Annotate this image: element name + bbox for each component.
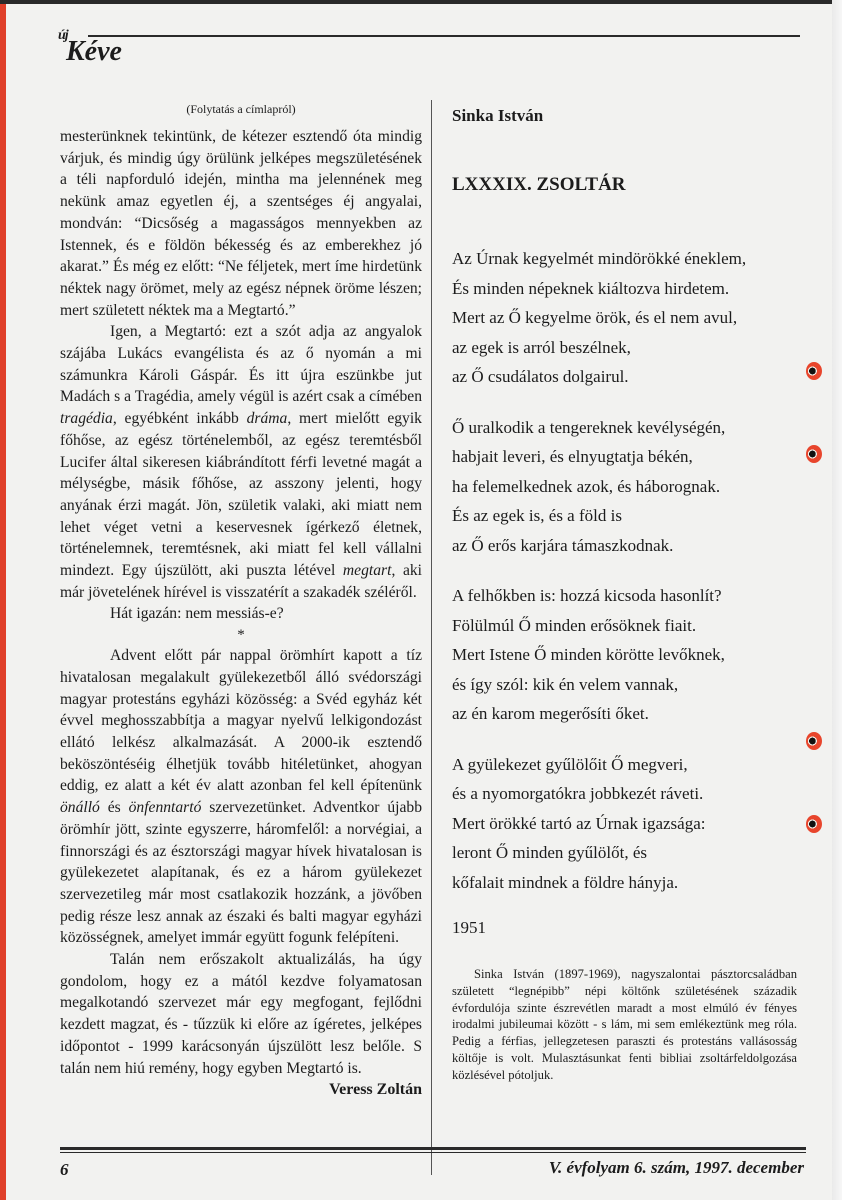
verse-line: Az Úrnak kegyelmét mindörökké éneklem, (452, 244, 797, 274)
masthead: új Kéve (58, 26, 804, 76)
emphasis: dráma (247, 410, 288, 427)
text-run: Advent előtt pár nappal örömhírt kapott … (60, 647, 422, 794)
verse-line: Mert Istene Ő minden körötte levőknek, (452, 640, 797, 670)
article-author: Veress Zoltán (60, 1081, 422, 1099)
article-body: mesterünknek tekintünk, de kétezer eszte… (60, 126, 422, 1079)
text-run: Igen, a Megtartó: ezt a szót adja az ang… (60, 323, 422, 405)
verse-line: az Ő csudálatos dolgairul. (452, 362, 797, 392)
verse-line: kőfalait mindnek a földre hányja. (452, 868, 797, 898)
emphasis: önfenntartó (129, 799, 202, 816)
article-column: (Folytatás a címlapról) mesterünknek tek… (60, 98, 422, 1099)
biography-text: Sinka István (1897-1969), nagyszalontai … (452, 966, 797, 1084)
stanza-3: A felhőkben is: hozzá kicsoda hasonlít? … (452, 581, 797, 729)
text-run: és (100, 799, 129, 816)
text-run: , mert mielőtt egyik főhőse, az egész tö… (60, 410, 422, 579)
emphasis: önálló (60, 799, 100, 816)
poem-title: LXXXIX. ZSOLTÁR (452, 174, 797, 204)
verse-line: ha felemelkednek azok, és háborognak. (452, 472, 797, 502)
verse-line: A felhőkben is: hozzá kicsoda hasonlít? (452, 581, 797, 611)
column-divider (431, 100, 432, 1175)
text-run: , egyébként inkább (113, 410, 247, 427)
verse-line: az Ő erős karjára támaszkodnak. (452, 531, 797, 561)
footer-rule (60, 1147, 806, 1150)
paragraph-1: mesterünknek tekintünk, de kétezer eszte… (60, 126, 422, 321)
page-number: 6 (60, 1160, 69, 1180)
poem-body: Az Úrnak kegyelmét mindörökké éneklem, É… (452, 244, 797, 897)
verse-line: Fölülmúl Ő minden erősöknek fiait. (452, 611, 797, 641)
continuation-note: (Folytatás a címlapról) (60, 98, 422, 120)
verse-line: habjait leveri, és elnyugtatja békén, (452, 442, 797, 472)
stanza-4: A gyülekezet gyűlölőit Ő megveri, és a n… (452, 750, 797, 898)
poem-year: 1951 (452, 918, 797, 948)
poet-name: Sinka István (452, 106, 797, 132)
binding-hole-icon (806, 362, 822, 380)
section-separator: * (60, 625, 422, 645)
paragraph-4: Advent előtt pár nappal örömhírt kapott … (60, 645, 422, 949)
verse-line: És minden népeknek kiáltozva hirdetem. (452, 274, 797, 304)
paragraph-2: Igen, a Megtartó: ezt a szót adja az ang… (60, 321, 422, 603)
page-top-edge (0, 0, 842, 4)
paragraph-5: Talán nem erőszakolt aktualizálás, ha úg… (60, 949, 422, 1079)
poem-column: Sinka István LXXXIX. ZSOLTÁR Az Úrnak ke… (452, 98, 797, 1084)
footer-rule-thin (60, 1152, 806, 1153)
poet-biography: Sinka István (1897-1969), nagyszalontai … (452, 966, 797, 1084)
text-run: szervezetünket. Adventkor újabb örömhír … (60, 799, 422, 946)
verse-line: leront Ő minden gyűlölőt, és (452, 838, 797, 868)
paragraph-3: Hát igazán: nem messiás-e? (60, 603, 422, 625)
verse-line: az egek is arról beszélnek, (452, 333, 797, 363)
verse-line: Ő uralkodik a tengereknek kevélységén, (452, 413, 797, 443)
binding-red-edge (0, 4, 6, 1200)
verse-line: Mert az Ő kegyelme örök, és el nem avul, (452, 303, 797, 333)
binding-hole-icon (806, 815, 822, 833)
verse-line: és a nyomorgatókra jobbkezét ráveti. (452, 779, 797, 809)
issue-info: V. évfolyam 6. szám, 1997. december (549, 1158, 804, 1178)
emphasis: tragédia (60, 410, 113, 427)
verse-line: az én karom megerősíti őket. (452, 699, 797, 729)
logo-keve: Kéve (66, 36, 122, 68)
stanza-1: Az Úrnak kegyelmét mindörökké éneklem, É… (452, 244, 797, 392)
verse-line: A gyülekezet gyűlölőit Ő megveri, (452, 750, 797, 780)
binding-hole-icon (806, 445, 822, 463)
verse-line: Mert örökké tartó az Úrnak igazsága: (452, 809, 797, 839)
emphasis: megtart (343, 562, 392, 579)
binding-hole-icon (806, 732, 822, 750)
header-rule (88, 35, 800, 37)
stanza-2: Ő uralkodik a tengereknek kevélységén, h… (452, 413, 797, 561)
verse-line: és így szól: kik én velem vannak, (452, 670, 797, 700)
verse-line: És az egek is, és a föld is (452, 501, 797, 531)
page-right-edge (832, 0, 842, 1200)
